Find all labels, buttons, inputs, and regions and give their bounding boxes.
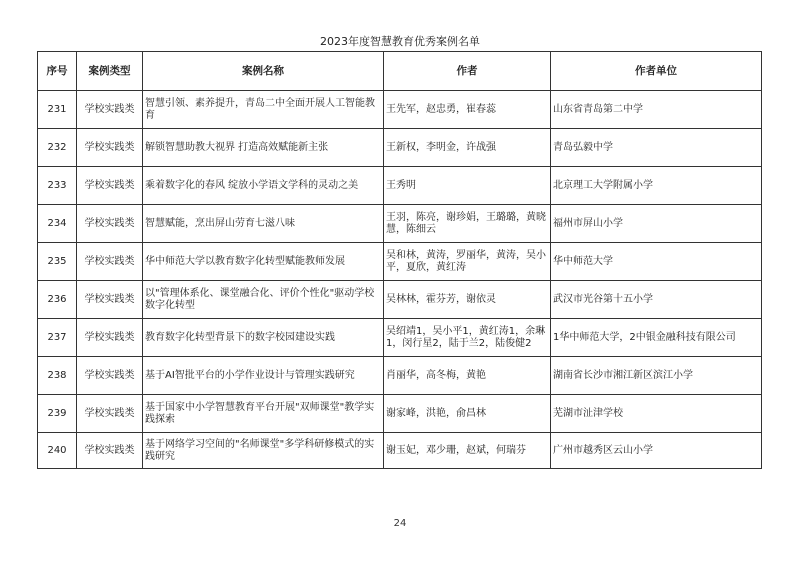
cell-authors: 王新权，李明金，许战强 — [384, 129, 551, 167]
cell-num: 238 — [38, 357, 77, 395]
table-row: 237 学校实践类 教育数字化转型背景下的数字校园建设实践 吴绍靖1，吴小平1，… — [38, 319, 762, 357]
table-row: 235 学校实践类 华中师范大学以教育数字化转型赋能教师发展 吴和林，黄涛，罗丽… — [38, 243, 762, 281]
cell-type: 学校实践类 — [77, 243, 143, 281]
cell-num: 240 — [38, 433, 77, 469]
cell-unit: 华中师范大学 — [551, 243, 762, 281]
cell-num: 239 — [38, 395, 77, 433]
header-num: 序号 — [38, 52, 77, 91]
cell-name: 智慧赋能，烹出屏山劳育七滋八味 — [143, 205, 384, 243]
table-row: 233 学校实践类 乘着数字化的春风 绽放小学语文学科的灵动之美 王秀明 北京理… — [38, 167, 762, 205]
header-type: 案例类型 — [77, 52, 143, 91]
cell-name: 教育数字化转型背景下的数字校园建设实践 — [143, 319, 384, 357]
cell-type: 学校实践类 — [77, 129, 143, 167]
cell-num: 236 — [38, 281, 77, 319]
cell-type: 学校实践类 — [77, 319, 143, 357]
header-unit: 作者单位 — [551, 52, 762, 91]
cell-name: 华中师范大学以教育数字化转型赋能教师发展 — [143, 243, 384, 281]
cell-unit: 福州市屏山小学 — [551, 205, 762, 243]
cell-num: 233 — [38, 167, 77, 205]
cell-authors: 吴林林，霍芬芳，谢依灵 — [384, 281, 551, 319]
document-title: 2023年度智慧教育优秀案例名单 — [0, 33, 800, 49]
cell-name: 以"管理体系化、课堂融合化、评价个性化"驱动学校数字化转型 — [143, 281, 384, 319]
cell-type: 学校实践类 — [77, 205, 143, 243]
cell-unit: 芜湖市沚津学校 — [551, 395, 762, 433]
table-row: 238 学校实践类 基于AI智批平台的小学作业设计与管理实践研究 肖丽华，高冬梅… — [38, 357, 762, 395]
table-row: 240 学校实践类 基于网络学习空间的"名师课堂"多学科研修模式的实践研究 谢玉… — [38, 433, 762, 469]
cell-unit: 湖南省长沙市湘江新区滨江小学 — [551, 357, 762, 395]
cell-unit: 北京理工大学附属小学 — [551, 167, 762, 205]
cell-num: 232 — [38, 129, 77, 167]
cell-authors: 谢家峰，洪艳，俞昌林 — [384, 395, 551, 433]
cell-num: 235 — [38, 243, 77, 281]
table-row: 232 学校实践类 解锁智慧助教大视界 打造高效赋能新主张 王新权，李明金，许战… — [38, 129, 762, 167]
cell-type: 学校实践类 — [77, 281, 143, 319]
cell-num: 231 — [38, 91, 77, 129]
cell-num: 237 — [38, 319, 77, 357]
cell-name: 解锁智慧助教大视界 打造高效赋能新主张 — [143, 129, 384, 167]
header-authors: 作者 — [384, 52, 551, 91]
cell-name: 智慧引领、素养提升，青岛二中全面开展人工智能教育 — [143, 91, 384, 129]
table-row: 231 学校实践类 智慧引领、素养提升，青岛二中全面开展人工智能教育 王先军，赵… — [38, 91, 762, 129]
cell-unit: 广州市越秀区云山小学 — [551, 433, 762, 469]
header-name: 案例名称 — [143, 52, 384, 91]
cell-type: 学校实践类 — [77, 357, 143, 395]
cell-unit: 武汉市光谷第十五小学 — [551, 281, 762, 319]
table-header-row: 序号 案例类型 案例名称 作者 作者单位 — [38, 52, 762, 91]
page-number: 24 — [0, 518, 800, 529]
table-row: 236 学校实践类 以"管理体系化、课堂融合化、评价个性化"驱动学校数字化转型 … — [38, 281, 762, 319]
cell-name: 基于网络学习空间的"名师课堂"多学科研修模式的实践研究 — [143, 433, 384, 469]
cell-type: 学校实践类 — [77, 433, 143, 469]
cell-type: 学校实践类 — [77, 91, 143, 129]
cell-num: 234 — [38, 205, 77, 243]
cell-authors: 王秀明 — [384, 167, 551, 205]
cell-name: 基于AI智批平台的小学作业设计与管理实践研究 — [143, 357, 384, 395]
cell-unit: 山东省青岛第二中学 — [551, 91, 762, 129]
cell-name: 基于国家中小学智慧教育平台开展"双师课堂"教学实践探索 — [143, 395, 384, 433]
cell-name: 乘着数字化的春风 绽放小学语文学科的灵动之美 — [143, 167, 384, 205]
cell-authors: 王羽，陈亮，谢珍娟，王璐璐，黄晓慧，陈细云 — [384, 205, 551, 243]
table-row: 239 学校实践类 基于国家中小学智慧教育平台开展"双师课堂"教学实践探索 谢家… — [38, 395, 762, 433]
cell-unit: 1华中师范大学，2中银金融科技有限公司 — [551, 319, 762, 357]
cell-type: 学校实践类 — [77, 395, 143, 433]
cases-table: 序号 案例类型 案例名称 作者 作者单位 231 学校实践类 智慧引领、素养提升… — [37, 51, 762, 469]
cell-authors: 吴和林，黄涛，罗丽华，黄涛，吴小平，夏欣，黄红涛 — [384, 243, 551, 281]
cell-type: 学校实践类 — [77, 167, 143, 205]
cell-unit: 青岛弘毅中学 — [551, 129, 762, 167]
cell-authors: 吴绍靖1，吴小平1，黄红涛1，余琳1，闵行星2，陆于兰2，陆俊健2 — [384, 319, 551, 357]
cell-authors: 谢玉妃，邓少珊，赵斌，何瑞芬 — [384, 433, 551, 469]
cell-authors: 肖丽华，高冬梅，黄艳 — [384, 357, 551, 395]
cell-authors: 王先军，赵忠勇，崔春蕊 — [384, 91, 551, 129]
table-row: 234 学校实践类 智慧赋能，烹出屏山劳育七滋八味 王羽，陈亮，谢珍娟，王璐璐，… — [38, 205, 762, 243]
